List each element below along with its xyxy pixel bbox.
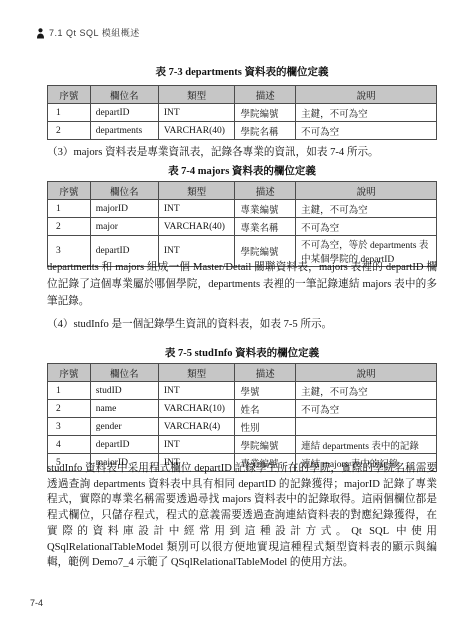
table-cell: 2	[48, 218, 91, 236]
running-head-title: 7.1 Qt SQL 模組概述	[49, 26, 140, 39]
table-cell: 2	[48, 122, 91, 140]
table-cell: 性別	[235, 418, 296, 436]
table-row: 1majorIDINT專業編號主鍵，不可為空	[48, 200, 437, 218]
table-caption-7-5: 表 7-5 studInfo 資料表的欄位定義	[47, 345, 437, 360]
table-cell: INT	[158, 436, 235, 454]
column-header: 類型	[158, 182, 235, 200]
majors-table: 序號欄位名類型描述說明 1majorIDINT專業編號主鍵，不可為空2major…	[47, 181, 437, 267]
table-cell: INT	[158, 104, 235, 122]
paragraph-majors-intro: （3）majors 資料表是專業資訊表，記錄各專業的資訊，如表 7-4 所示。	[47, 145, 437, 162]
table-cell: 1	[48, 104, 91, 122]
table-row: 3genderVARCHAR(4)性別	[48, 418, 437, 436]
table-header-row: 序號欄位名類型描述說明	[48, 364, 437, 382]
column-header: 類型	[158, 364, 235, 382]
table-cell: 不可為空	[296, 400, 437, 418]
table-cell: 3	[48, 418, 91, 436]
table-row: 2nameVARCHAR(10)姓名不可為空	[48, 400, 437, 418]
table-caption-7-3: 表 7-3 departments 資料表的欄位定義	[47, 64, 437, 79]
table-row: 1departIDINT學院編號主鍵，不可為空	[48, 104, 437, 122]
table-row: 4departIDINT學院編號連結 departments 表中的記錄	[48, 436, 437, 454]
table-row: 2majorVARCHAR(40)專業名稱不可為空	[48, 218, 437, 236]
table-header-row: 序號欄位名類型描述說明	[48, 86, 437, 104]
column-header: 序號	[48, 182, 91, 200]
table-cell: VARCHAR(4)	[158, 418, 235, 436]
column-header: 說明	[296, 364, 437, 382]
table-cell: INT	[158, 382, 235, 400]
table-cell: 專業編號	[235, 200, 296, 218]
studinfo-table: 序號欄位名類型描述說明 1studIDINT學號主鍵，不可為空2nameVARC…	[47, 363, 437, 472]
paragraph-closing: studInfo 資料表中采用程式欄位 departID 記錄學生所在的學院，實…	[47, 461, 437, 571]
table-cell: 學院名稱	[235, 122, 296, 140]
column-header: 欄位名	[90, 364, 158, 382]
column-header: 欄位名	[90, 182, 158, 200]
table-cell: VARCHAR(10)	[158, 400, 235, 418]
table-cell: major	[90, 218, 158, 236]
table-cell: departments	[90, 122, 158, 140]
table-cell: 主鍵，不可為空	[296, 104, 437, 122]
table-cell: VARCHAR(40)	[158, 218, 235, 236]
departments-table: 序號欄位名類型描述說明 1departIDINT學院編號主鍵，不可為空2depa…	[47, 85, 437, 140]
paragraph-studinfo-intro: （4）studInfo 是一個記錄學生資訊的資料表，如表 7-5 所示。	[47, 317, 437, 334]
column-header: 描述	[235, 182, 296, 200]
table-cell: 1	[48, 200, 91, 218]
column-header: 欄位名	[90, 86, 158, 104]
table-cell: name	[90, 400, 158, 418]
paragraph-master-detail: departments 和 majors 組成一個 Master/Detail …	[47, 260, 437, 310]
table-cell: 連結 departments 表中的記錄	[296, 436, 437, 454]
table-row: 1studIDINT學號主鍵，不可為空	[48, 382, 437, 400]
table-caption-7-4: 表 7-4 majors 資料表的欄位定義	[47, 163, 437, 178]
running-head: 7.1 Qt SQL 模組概述	[36, 26, 140, 39]
table-cell: VARCHAR(40)	[158, 122, 235, 140]
table-cell: 不可為空	[296, 218, 437, 236]
table-header-row: 序號欄位名類型描述說明	[48, 182, 437, 200]
book-page: 7.1 Qt SQL 模組概述 表 7-3 departments 資料表的欄位…	[0, 0, 474, 641]
column-header: 序號	[48, 364, 91, 382]
table-cell: departID	[90, 104, 158, 122]
table-row: 2departmentsVARCHAR(40)學院名稱不可為空	[48, 122, 437, 140]
table-cell: studID	[90, 382, 158, 400]
column-header: 類型	[158, 86, 235, 104]
person-icon	[36, 28, 45, 39]
table-cell: 1	[48, 382, 91, 400]
table-cell: gender	[90, 418, 158, 436]
table-cell: INT	[158, 200, 235, 218]
table-cell: 學院編號	[235, 436, 296, 454]
table-cell: 學院編號	[235, 104, 296, 122]
table-cell: majorID	[90, 200, 158, 218]
column-header: 描述	[235, 86, 296, 104]
table-cell	[296, 418, 437, 436]
table-cell: 主鍵，不可為空	[296, 200, 437, 218]
table-cell: 主鍵，不可為空	[296, 382, 437, 400]
column-header: 描述	[235, 364, 296, 382]
column-header: 說明	[296, 86, 437, 104]
table-cell: 2	[48, 400, 91, 418]
table-cell: departID	[90, 436, 158, 454]
column-header: 說明	[296, 182, 437, 200]
table-cell: 4	[48, 436, 91, 454]
page-number: 7-4	[30, 598, 43, 608]
table-cell: 專業名稱	[235, 218, 296, 236]
column-header: 序號	[48, 86, 91, 104]
table-cell: 姓名	[235, 400, 296, 418]
table-cell: 學號	[235, 382, 296, 400]
table-cell: 不可為空	[296, 122, 437, 140]
